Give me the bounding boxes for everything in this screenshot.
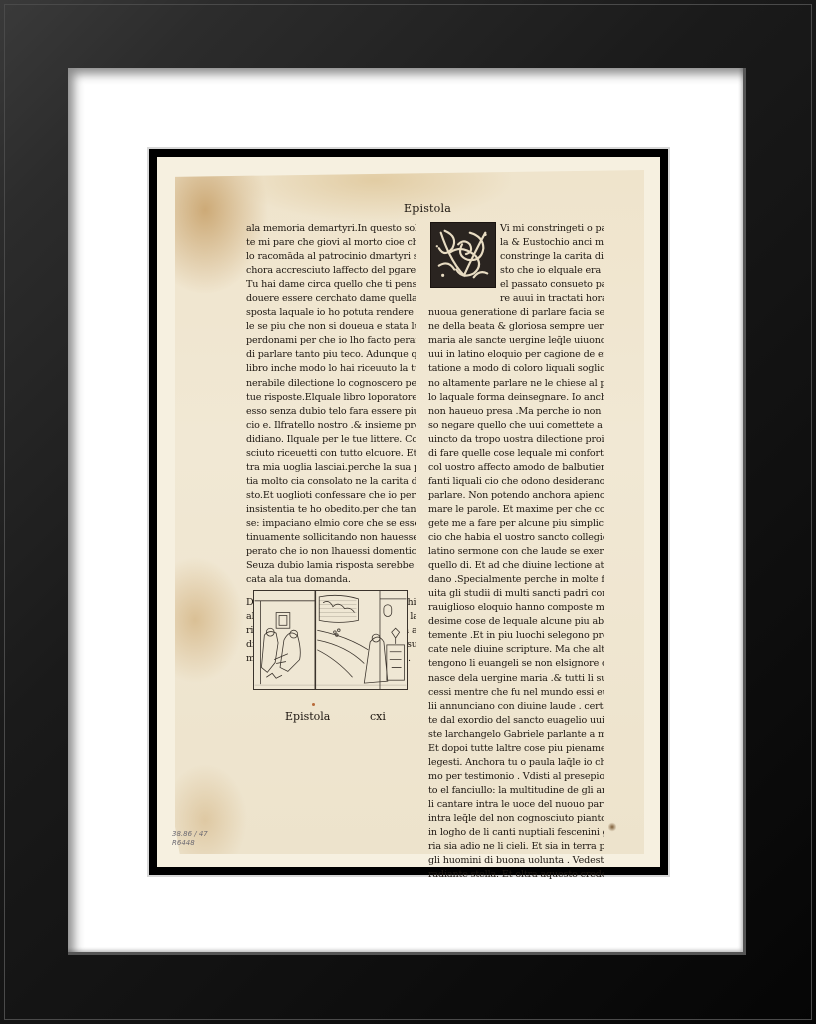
text-line: rauiglioso eloquio hanno composte me	[428, 601, 604, 615]
text-line: latino sermone con che laude se exerciti…	[428, 545, 604, 559]
inventory-number: 38.86 / 47	[172, 830, 208, 839]
text-line: di parlare tanto piu teco. Adunque quest…	[246, 348, 416, 362]
text-line: quello di. Et ad che diuine lectione att…	[428, 559, 604, 573]
text-line: chora accresciuto laffecto del pgare per…	[246, 264, 416, 278]
text-line: lo laquale forma deinsegnare. Io anchora	[428, 391, 604, 405]
text-line: re auui in tractati hora cō	[428, 292, 604, 306]
text-line: Vi mi constringeti o pau	[428, 222, 604, 236]
ink-spot	[312, 703, 315, 706]
text-line: tra mia uoglia lasciai.perche la sua pre…	[246, 461, 416, 475]
text-line: sto.Et uoglioti confessare che io per la…	[246, 489, 416, 503]
text-line: ste larchangelo Gabriele parlante a mari…	[428, 728, 604, 742]
right-text-column: Vi mi constringeti o pau la & Eustochio …	[428, 222, 604, 882]
text-line: ala memoria demartyri.In questo solamē	[246, 222, 416, 236]
text-line: gli huomini di buona uolunta . Vedesti l…	[428, 854, 604, 868]
text-line: te dal exordio del sancto euagelio uui u…	[428, 714, 604, 728]
text-line: temente .Et in piu luochi selegono predi	[428, 629, 604, 643]
text-line: tatione a modo di coloro liquali soglio-	[428, 362, 604, 376]
text-line: insistentia te ho obedito.per che tante …	[246, 503, 416, 517]
text-line: ria sia adio ne li cieli. Et sia in terr…	[428, 840, 604, 854]
text-line: cata ala tua domanda.	[246, 573, 416, 587]
text-line: libro inche modo lo hai riceuuto la tua …	[246, 362, 416, 376]
page-header: Epistola	[404, 202, 451, 215]
text-line: Tu hai dame circa quello che ti pensasti	[246, 278, 416, 292]
woodcut-illustration	[253, 590, 408, 690]
text-line: fanti liquali cio che odono desiderano d…	[428, 475, 604, 489]
text-line: radiante stella. Et oltra aquesto credes…	[428, 868, 604, 882]
text-line: intra leq̄le del non cognosciuto pianto	[428, 812, 604, 826]
text-line: tengono li euangeli se non elsignore che	[428, 657, 604, 671]
text-line: Et dopoi tutte laltre cose piu pienament…	[428, 742, 604, 756]
text-line: dano .Specialmente perche in molte festi	[428, 573, 604, 587]
text-line: non haueuo presa .Ma perche io non pos	[428, 405, 604, 419]
text-line: la & Eustochio anci mi	[428, 236, 604, 250]
text-line: legesti. Anchora tu o paula laq̄le io ch…	[428, 756, 604, 770]
text-line: cio e. Ilfratello nostro .& insieme pret…	[246, 419, 416, 433]
text-line: nuoua generatione di parlare facia sermo	[428, 306, 604, 320]
text-line: douere essere cerchato dame quella mia r…	[246, 292, 416, 306]
text-line: esso senza dubio telo fara essere piu gr…	[246, 405, 416, 419]
text-line: le se piu che non si doueua e stata lung…	[246, 320, 416, 334]
text-line: perato che io non lhauessi domenticato.	[246, 545, 416, 559]
text-line: lo racomāda al patrocinio dmartyri sia a…	[246, 250, 416, 264]
inventory-note: 38.86 / 47 R6448	[172, 830, 208, 848]
text-line: ne della beata & gloriosa sempre uergine	[428, 320, 604, 334]
text-line: uui in latino eloquio per cagione de exo…	[428, 348, 604, 362]
text-line: maria ale sancte uergine leq̄le uiuono c…	[428, 334, 604, 348]
text-line: constringe la carita dici	[428, 250, 604, 264]
accession-number: R6448	[172, 839, 208, 848]
woodcut-scene-icon	[254, 591, 407, 689]
text-line: perdonami per che io lho facto peramore	[246, 334, 416, 348]
text-line: lii annunciano con diuine laude . certam…	[428, 700, 604, 714]
running-head-footer: Epistola	[285, 710, 330, 723]
text-line: Seuza dubio lamia risposta serebbe manj	[246, 559, 416, 573]
text-line: didiano. Ilquale per le tue littere. Cog…	[246, 433, 416, 447]
text-line: di fare quelle cose lequale mi confortat…	[428, 447, 604, 461]
text-line: cio che habia el uostro sancto collegio …	[428, 531, 604, 545]
text-line: cessi mentre che fu nel mundo essi euang…	[428, 686, 604, 700]
text-line: te mi pare che giovi al morto cioe che c…	[246, 236, 416, 250]
text-line: sto che io elquale era per	[428, 264, 604, 278]
text-line: col uostro affecto amodo de balbutienti …	[428, 461, 604, 475]
text-line: mare le parole. Et maxime per che costum	[428, 503, 604, 517]
folio-number: cxi	[370, 710, 386, 723]
text-line: so negare quello che uui comettete a me	[428, 419, 604, 433]
text-line: el passato consueto parla	[428, 278, 604, 292]
text-line: sciuto riceuetti con tutto elcuore. Et c…	[246, 447, 416, 461]
paper-stain	[608, 822, 616, 832]
text-line: tinuamente sollicitando non hauesse a do	[246, 531, 416, 545]
text-line: tia molto cia consolato ne la carita dic…	[246, 475, 416, 489]
text-line: in logho de li canti nuptiali fescenini …	[428, 826, 604, 840]
text-line: gete me a fare per alcune piu simplice a…	[428, 517, 604, 531]
text-line: cate nele diuine scripture. Ma che altro…	[428, 643, 604, 657]
text-line: se: impaciano elmio core che se esso con	[246, 517, 416, 531]
text-line: no altamente parlare ne le chiese al pop…	[428, 377, 604, 391]
text-line: uita gli studii di multi sancti padri co…	[428, 587, 604, 601]
text-line: uincto da tropo uostra dilectione proiat…	[428, 433, 604, 447]
text-line: nerabile dilectione lo cognoscero per le	[246, 377, 416, 391]
text-line: desime cose de lequale alcune piu abundā	[428, 615, 604, 629]
text-line: li cantare intra le uoce del nuouo parto…	[428, 798, 604, 812]
text-line: nasce dela uergine maria .& tutti li suo…	[428, 672, 604, 686]
text-line: parlare. Non potendo anchora apieno for	[428, 489, 604, 503]
text-line: mo per testimonio . Vdisti al presepio n…	[428, 770, 604, 784]
text-line: to el fanciullo: la multitudine de gli a…	[428, 784, 604, 798]
text-line: sposta laquale io ho potuta rendere laqu…	[246, 306, 416, 320]
text-line: tue risposte.Elquale libro loporatore de	[246, 391, 416, 405]
